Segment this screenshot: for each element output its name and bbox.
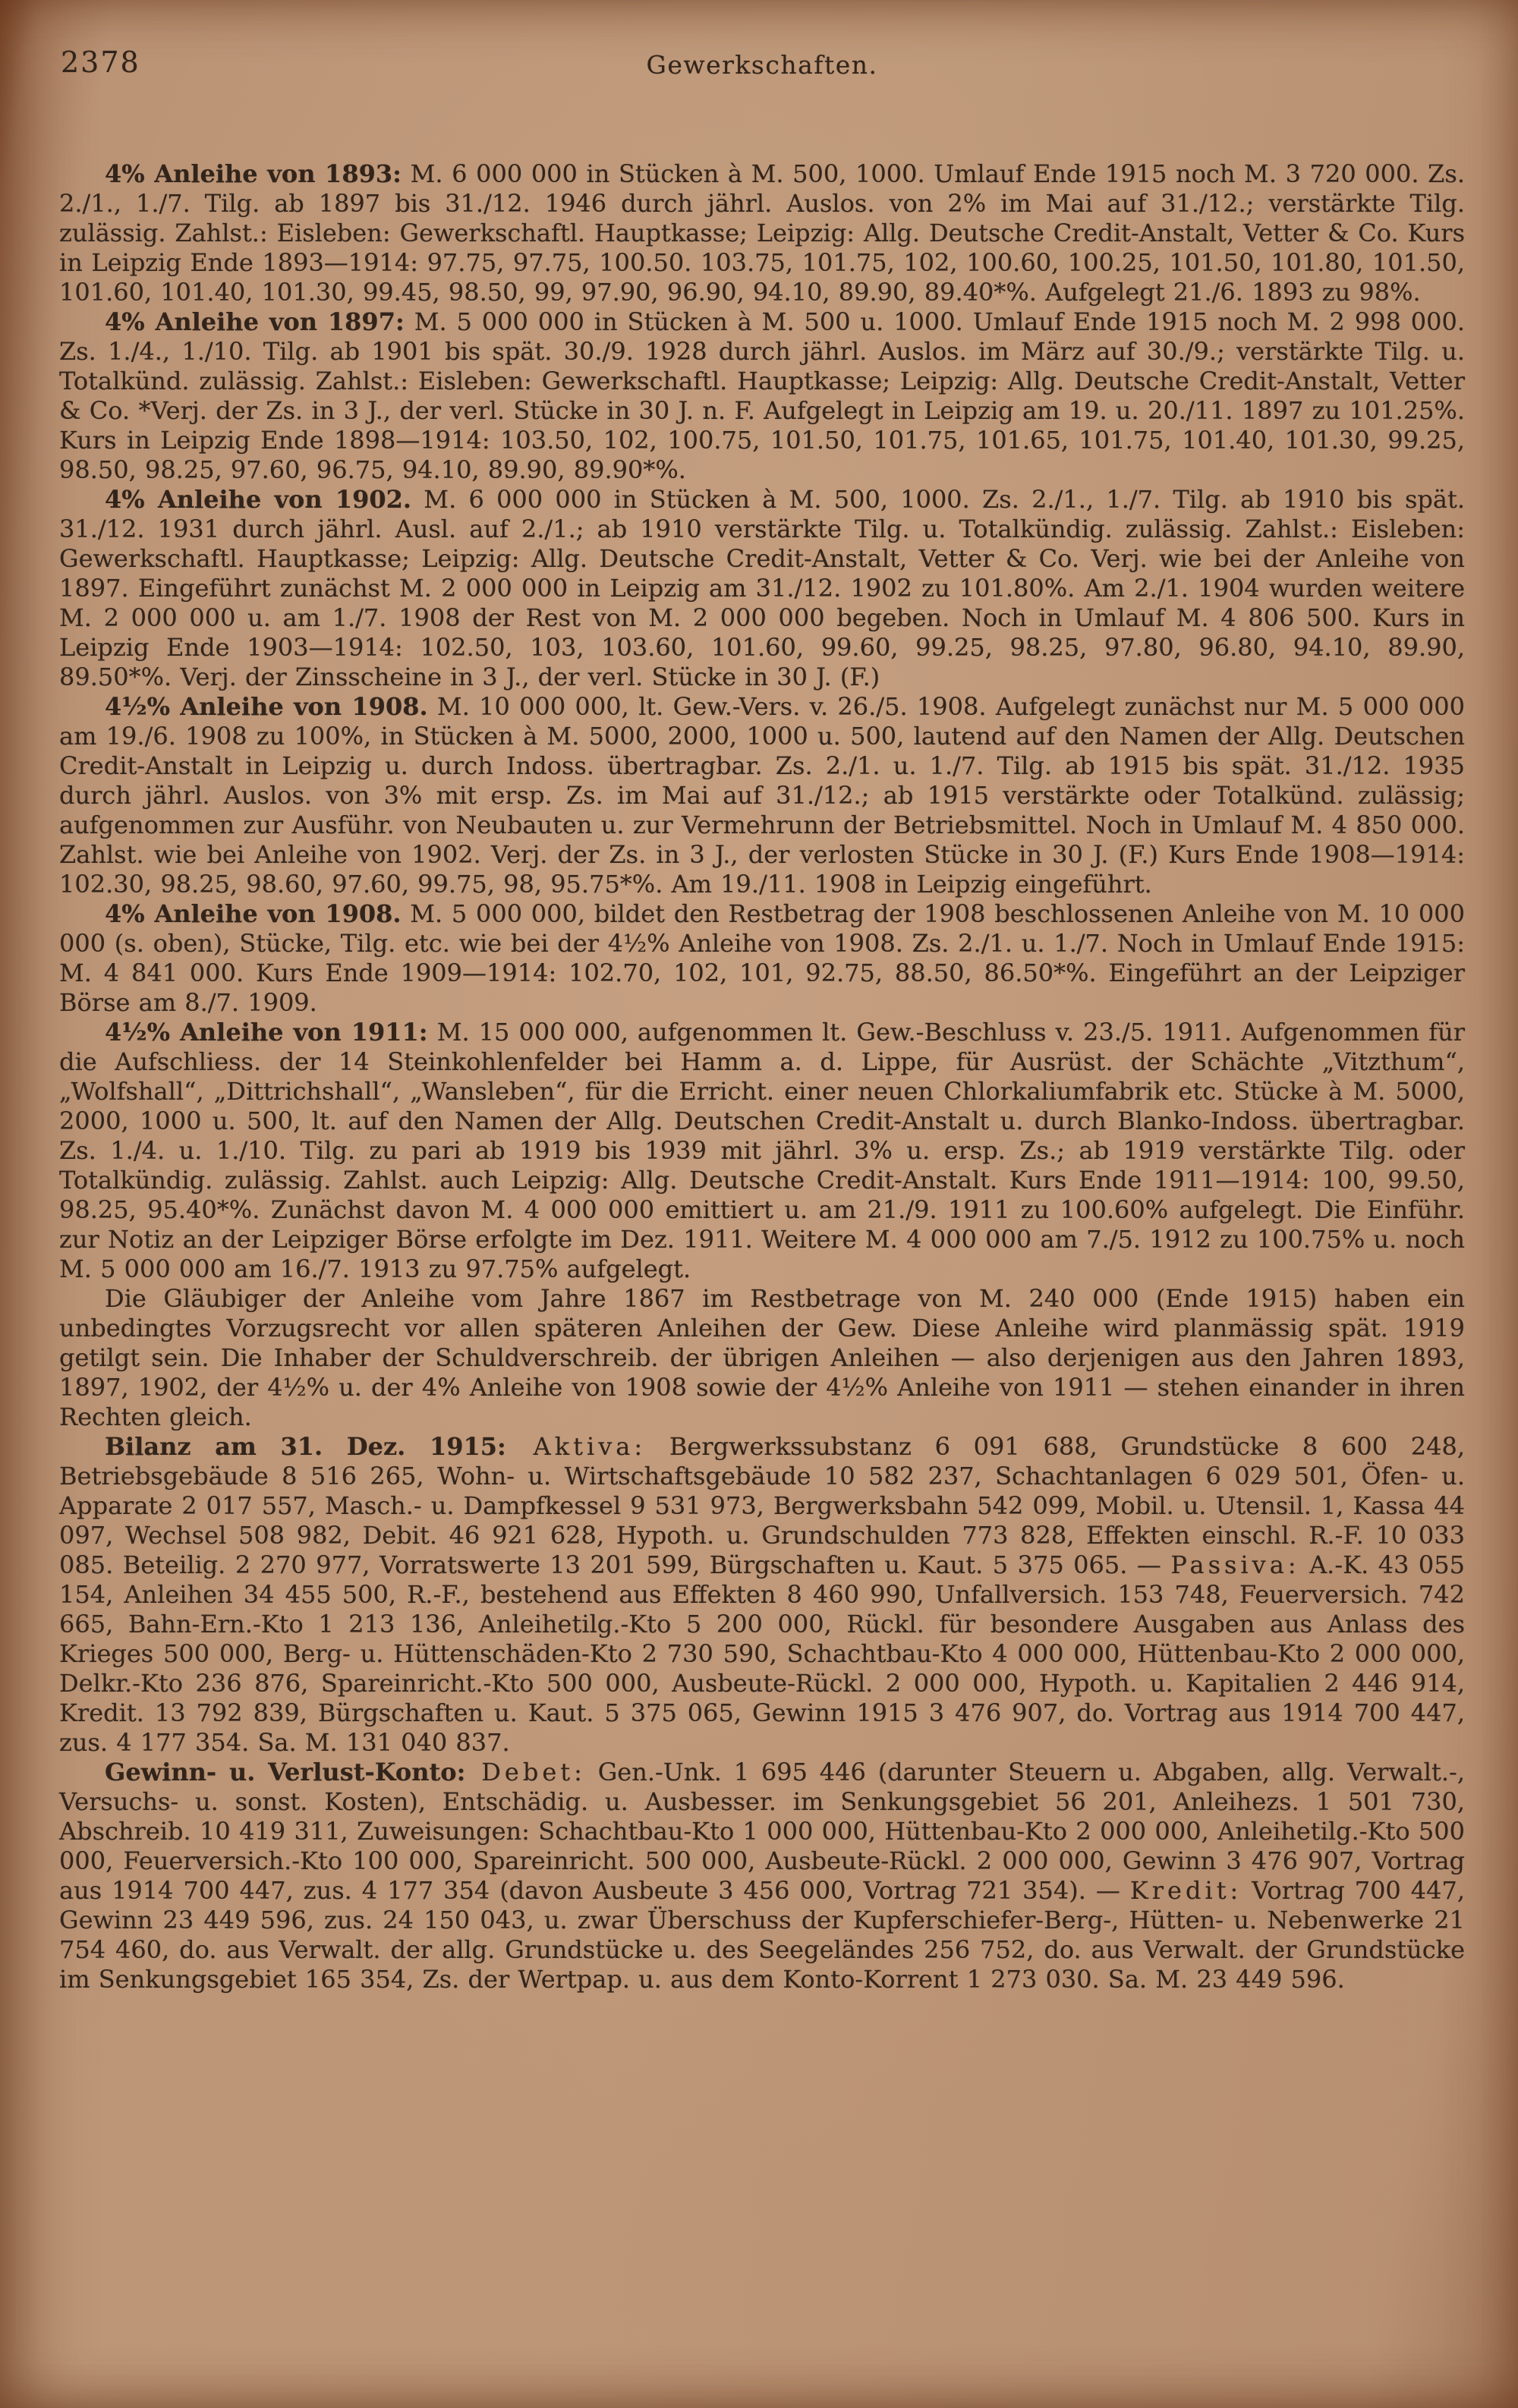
paragraph-lead: 4% Anleihe von 1908. — [105, 899, 402, 928]
page-number: 2378 — [61, 46, 140, 79]
page-header: 2378 Gewerkschaften. — [59, 39, 1465, 93]
paragraph-text: M. 10 000 000, lt. Gew.-Vers. v. 26./5. … — [59, 692, 1465, 899]
paragraph-lead: 4½% Anleihe von 1908. — [105, 692, 428, 721]
passiva-label: Passiva: — [1170, 1550, 1299, 1579]
page-content: 2378 Gewerkschaften. 4% Anleihe von 1893… — [59, 39, 1465, 1994]
aktiva-label: Aktiva: — [506, 1432, 646, 1461]
paragraph-text: M. 15 000 000, aufgenommen lt. Gew.-Besc… — [59, 1018, 1465, 1283]
paragraph-glaeubiger-1867: Die Gläubiger der Anleihe vom Jahre 1867… — [59, 1284, 1465, 1432]
paragraph-anleihe-1908-viereinhalb: 4½% Anleihe von 1908. M. 10 000 000, lt.… — [59, 692, 1465, 899]
paragraph-anleihe-1911: 4½% Anleihe von 1911: M. 15 000 000, auf… — [59, 1018, 1465, 1284]
paragraph-lead: 4% Anleihe von 1902. — [105, 485, 411, 514]
paragraph-text: M. 6 000 000 in Stücken à M. 500, 1000. … — [59, 485, 1465, 691]
paragraph-lead: Gewinn- u. Verlust-Konto: — [105, 1758, 465, 1786]
page-title: Gewerkschaften. — [59, 39, 1465, 80]
paragraph-anleihe-1908-vier: 4% Anleihe von 1908. M. 5 000 000, bilde… — [59, 899, 1465, 1018]
paragraph-bilanz-1915: Bilanz am 31. Dez. 1915: Aktiva: Bergwer… — [59, 1432, 1465, 1758]
debet-label: Debet: — [465, 1758, 585, 1786]
paragraph-anleihe-1902: 4% Anleihe von 1902. M. 6 000 000 in Stü… — [59, 485, 1465, 692]
paragraph-anleihe-1897: 4% Anleihe von 1897: M. 5 000 000 in Stü… — [59, 307, 1465, 485]
paragraph-anleihe-1893: 4% Anleihe von 1893: M. 6 000 000 in Stü… — [59, 159, 1465, 307]
paragraph-gewinn-verlust-konto: Gewinn- u. Verlust-Konto: Debet: Gen.-Un… — [59, 1758, 1465, 1994]
paragraph-lead: 4% Anleihe von 1893: — [105, 159, 402, 188]
paragraph-lead: 4% Anleihe von 1897: — [105, 307, 405, 336]
book-page: 2378 Gewerkschaften. 4% Anleihe von 1893… — [0, 0, 1518, 2408]
paragraph-lead: Bilanz am 31. Dez. 1915: — [105, 1432, 506, 1461]
paragraph-lead: 4½% Anleihe von 1911: — [105, 1018, 428, 1047]
kredit-label: Kredit: — [1130, 1876, 1242, 1905]
passiva-text: A.-K. 43 055 154, Anleihen 34 455 500, R… — [59, 1550, 1465, 1757]
paragraph-text: Die Gläubiger der Anleihe vom Jahre 1867… — [59, 1284, 1465, 1431]
